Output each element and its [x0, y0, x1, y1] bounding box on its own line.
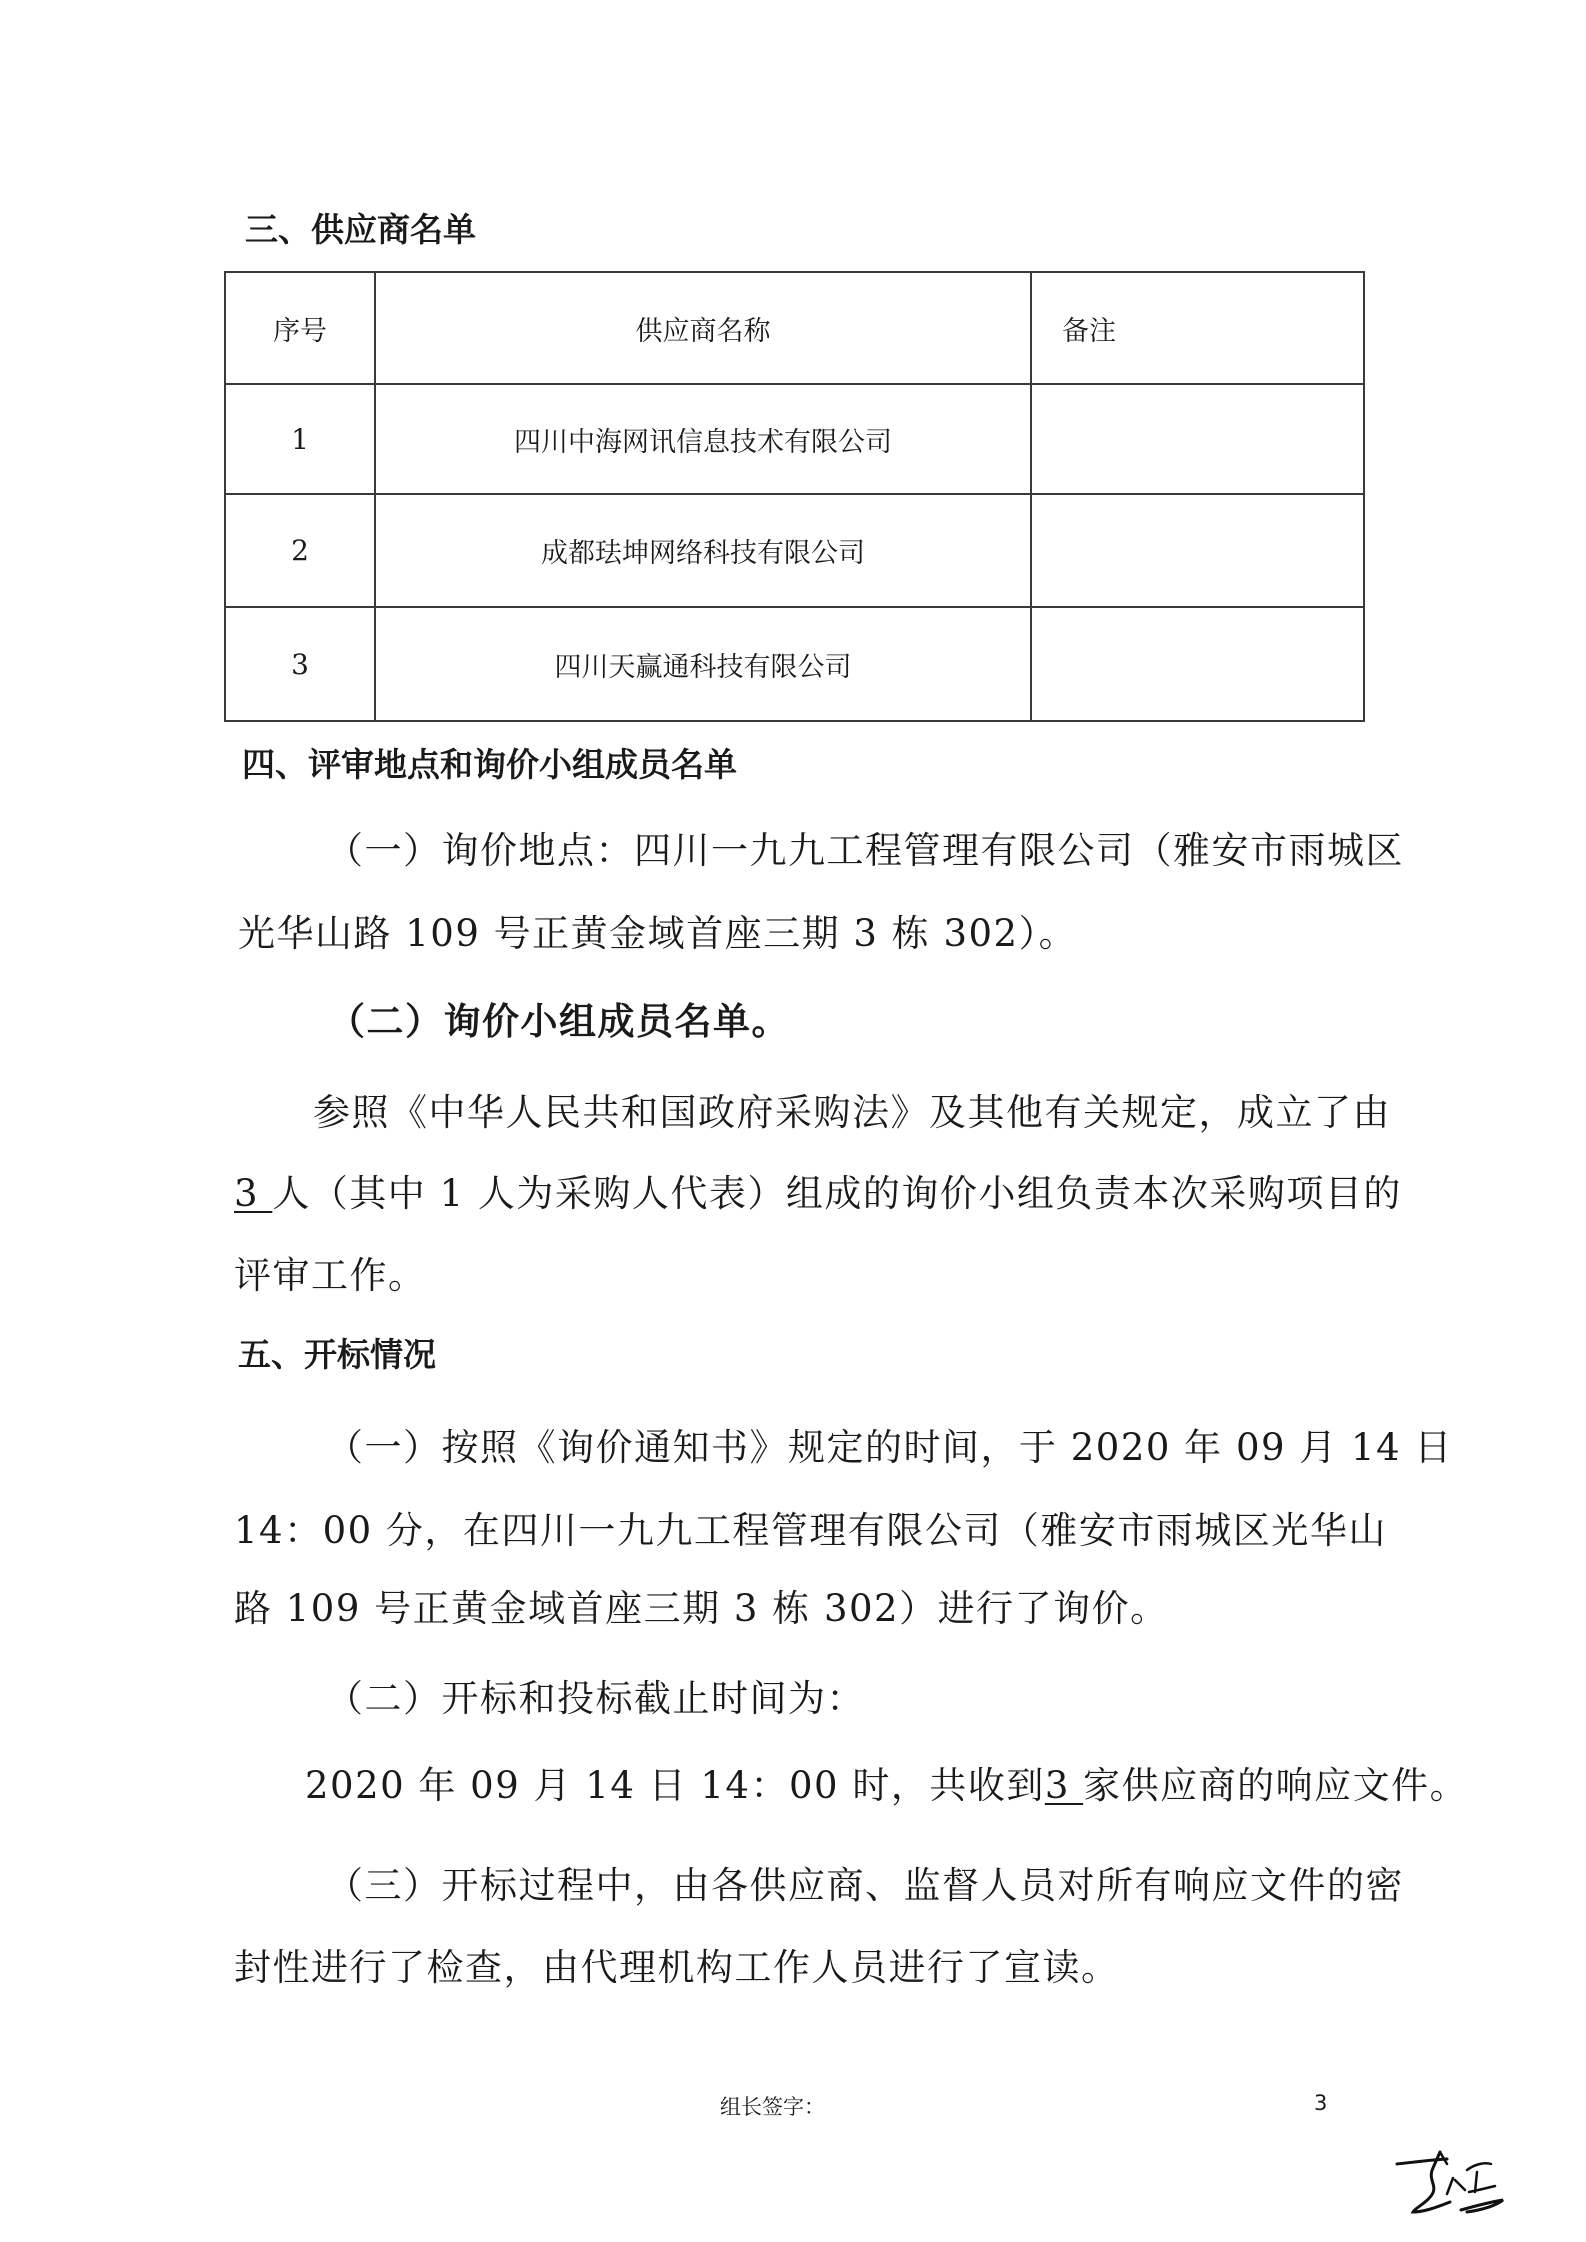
- header-note: 备注: [1032, 273, 1363, 383]
- table-row: 3 四川天赢通科技有限公司: [226, 608, 1363, 720]
- paragraph-opening-line3: 路 109 号正黄金域首座三期 3 栋 302）进行了询价。: [234, 1590, 1169, 1627]
- row-index: 3: [226, 608, 376, 720]
- paragraph-location-line1: （一）询价地点：四川一九九工程管理有限公司（雅安市雨城区: [326, 832, 1404, 869]
- row-note: [1032, 385, 1363, 493]
- supplier-table: 序号 供应商名称 备注 1 四川中海网讯信息技术有限公司 2 成都珐坤网络科技有…: [224, 271, 1365, 722]
- paragraph-process-line2: 封性进行了检查，由代理机构工作人员进行了宣读。: [234, 1949, 1120, 1986]
- row-note: [1032, 495, 1363, 606]
- paragraph-opening-line1: （一）按照《询价通知书》规定的时间，于 2020 年 09 月 14 日: [326, 1429, 1453, 1466]
- paragraph-process-line1: （三）开标过程中，由各供应商、监督人员对所有响应文件的密: [326, 1867, 1404, 1904]
- row-supplier-name: 成都珐坤网络科技有限公司: [376, 495, 1032, 606]
- deadline-text-end: 家供应商的响应文件。: [1083, 1764, 1468, 1807]
- paragraph-panel-line1: 参照《中华人民共和国政府采购法》及其他有关规定，成立了由: [313, 1094, 1391, 1131]
- row-supplier-name: 四川天赢通科技有限公司: [376, 608, 1032, 720]
- section-heading-supplier-list: 三、供应商名单: [245, 213, 476, 246]
- paragraph-deadline-line2: 2020 年 09 月 14 日 14：00 时，共收到3 家供应商的响应文件。: [305, 1767, 1468, 1804]
- table-header-row: 序号 供应商名称 备注: [226, 273, 1363, 385]
- row-index: 1: [226, 385, 376, 493]
- subheading-panel-members: （二）询价小组成员名单。: [328, 1003, 790, 1040]
- panel-member-count: 3: [234, 1172, 272, 1215]
- paragraph-panel-line2: 3 人（其中 1 人为采购人代表）组成的询价小组负责本次采购项目的: [234, 1175, 1402, 1212]
- section-heading-review-location: 四、评审地点和询价小组成员名单: [242, 748, 737, 781]
- paragraph-location-line2: 光华山路 109 号正黄金域首座三期 3 栋 302）。: [238, 915, 1077, 952]
- deadline-text: 2020 年 09 月 14 日 14：00 时，共收到: [305, 1764, 1045, 1807]
- header-index: 序号: [226, 273, 376, 383]
- section-heading-bid-opening: 五、开标情况: [238, 1338, 436, 1371]
- table-row: 1 四川中海网讯信息技术有限公司: [226, 385, 1363, 495]
- paragraph-deadline-line1: （二）开标和投标截止时间为：: [326, 1680, 865, 1717]
- row-supplier-name: 四川中海网讯信息技术有限公司: [376, 385, 1032, 493]
- row-index: 2: [226, 495, 376, 606]
- paragraph-opening-line2: 14：00 分，在四川一九九工程管理有限公司（雅安市雨城区光华山: [234, 1512, 1387, 1549]
- response-count: 3: [1045, 1764, 1083, 1807]
- paragraph-panel-line3: 评审工作。: [234, 1257, 427, 1294]
- table-row: 2 成都珐坤网络科技有限公司: [226, 495, 1363, 608]
- page-number: 3: [1314, 2091, 1327, 2115]
- row-note: [1032, 608, 1363, 720]
- header-supplier-name: 供应商名称: [376, 273, 1032, 383]
- signature-label: 组长签字：: [720, 2091, 825, 2121]
- panel-line2-text: 人（其中 1 人为采购人代表）组成的询价小组负责本次采购项目的: [272, 1172, 1402, 1215]
- handwritten-signature-icon: [1395, 2150, 1510, 2225]
